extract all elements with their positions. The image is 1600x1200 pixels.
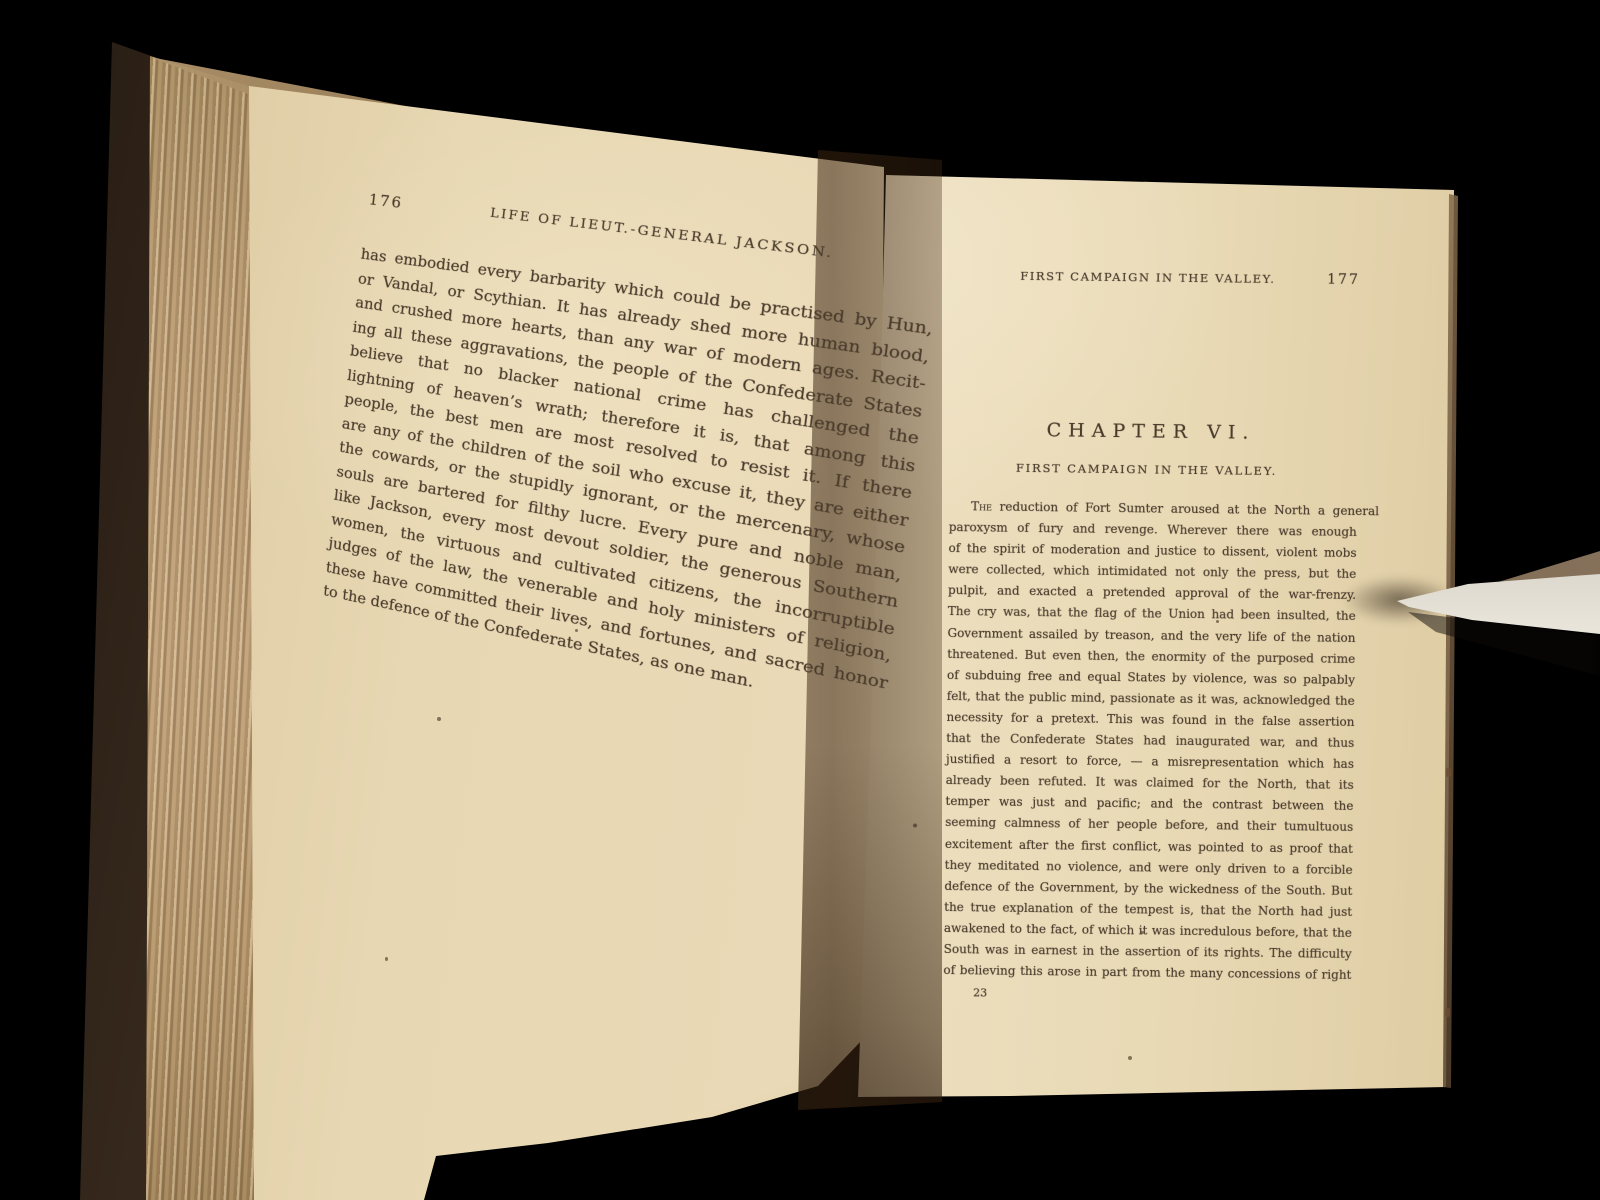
first-line-rest: reduction of Fort Sumter aroused at the … <box>999 500 1379 519</box>
fore-edge-mark <box>1445 1008 1450 1017</box>
lead-word: The <box>971 499 992 513</box>
left-page-number: 176 <box>368 190 404 212</box>
right-paragraph: The reduction of Fort Sumter aroused at … <box>943 496 1357 986</box>
signature-mark: 23 <box>973 986 987 999</box>
foxing-speck <box>1128 1056 1132 1060</box>
margin-mark: • <box>911 820 919 835</box>
antique-book-photo: 176 LIFE OF LIEUT.-GENERAL JACKSON. has … <box>0 0 1600 1200</box>
fore-edge-mark <box>1446 768 1451 777</box>
foxing-speck <box>385 957 388 961</box>
foxing-speck <box>437 717 441 721</box>
right-page-number: 177 <box>1327 272 1360 288</box>
right-paragraph-lines: paroxysm of fury and revenge. Wherever t… <box>943 517 1357 986</box>
